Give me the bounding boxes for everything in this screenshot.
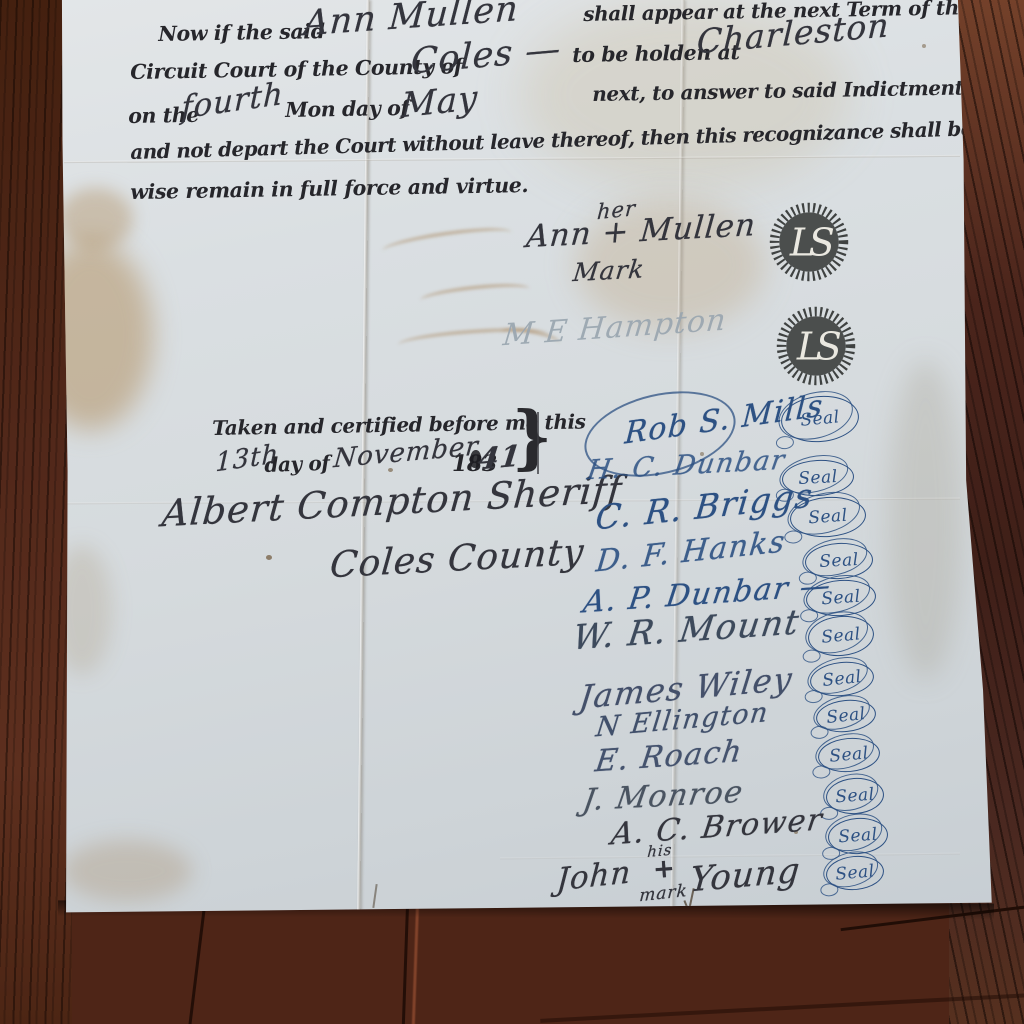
- written-year-41: 41: [477, 438, 523, 476]
- stain: [58, 188, 133, 250]
- written-mark: Mark: [571, 254, 646, 287]
- seal-word: Seal: [808, 506, 849, 529]
- seal-word: Seal: [825, 704, 866, 728]
- seal-word: Seal: [821, 587, 862, 610]
- stain: [62, 840, 192, 902]
- ink-bleedthrough-mark: [419, 280, 530, 308]
- seal-word: Seal: [835, 861, 876, 884]
- seal-word: Seal: [821, 667, 862, 691]
- seal-word: Seal: [829, 743, 870, 766]
- written-witness-signature: M E Hampton: [501, 302, 728, 353]
- seal-scroll: Seal: [814, 697, 877, 735]
- written-cross-mark: +: [652, 853, 677, 885]
- ls-seal-icon: LS: [765, 198, 853, 286]
- stain: [888, 360, 963, 680]
- written-month: May: [401, 78, 479, 126]
- written-mark-word: mark: [639, 881, 689, 906]
- speck: [266, 555, 272, 560]
- speck: [922, 44, 926, 48]
- seal-scroll: Seal: [825, 854, 886, 893]
- seal-scroll: Seal: [806, 613, 875, 659]
- printed-monday-of: Mon day of: [285, 96, 409, 122]
- paper-tear: [372, 884, 377, 908]
- seal-word: Seal: [835, 785, 876, 808]
- seal-word: Seal: [838, 825, 879, 848]
- seal-scroll: Seal: [827, 816, 889, 856]
- seal-scroll: Seal: [825, 776, 885, 816]
- written-john: John: [555, 854, 632, 898]
- paper-sheet: Now if the said Ann Mullen shall appear …: [0, 0, 1024, 1024]
- seal-word: Seal: [821, 624, 862, 647]
- printed-wise-remain: wise remain in full force and virtue.: [130, 173, 528, 204]
- seal-monogram: LS: [789, 220, 834, 265]
- ink-bleedthrough-mark: [381, 223, 512, 260]
- seal-scroll: Seal: [817, 735, 882, 774]
- printed-rule: [537, 412, 539, 474]
- seal-scroll: Seal: [779, 393, 861, 446]
- written-sheriff-county: Coles County: [328, 532, 586, 587]
- seal-word: Seal: [800, 407, 841, 430]
- written-ordinal: fourth: [181, 76, 285, 127]
- ls-seal-icon: LS: [772, 302, 860, 390]
- printed-now-if-the-said: Now if the said: [158, 19, 325, 46]
- written-young: Young: [688, 850, 802, 900]
- seal-scroll: Seal: [808, 659, 875, 700]
- document-photo: Now if the said Ann Mullen shall appear …: [0, 0, 1024, 1024]
- seal-monogram: LS: [796, 324, 841, 369]
- wood-plank-left: [0, 0, 72, 1024]
- written-sheriff-signature: Albert Compton Sheriff: [160, 468, 624, 535]
- printed-day-of: day of: [264, 451, 330, 477]
- seal-scroll: Seal: [789, 494, 868, 539]
